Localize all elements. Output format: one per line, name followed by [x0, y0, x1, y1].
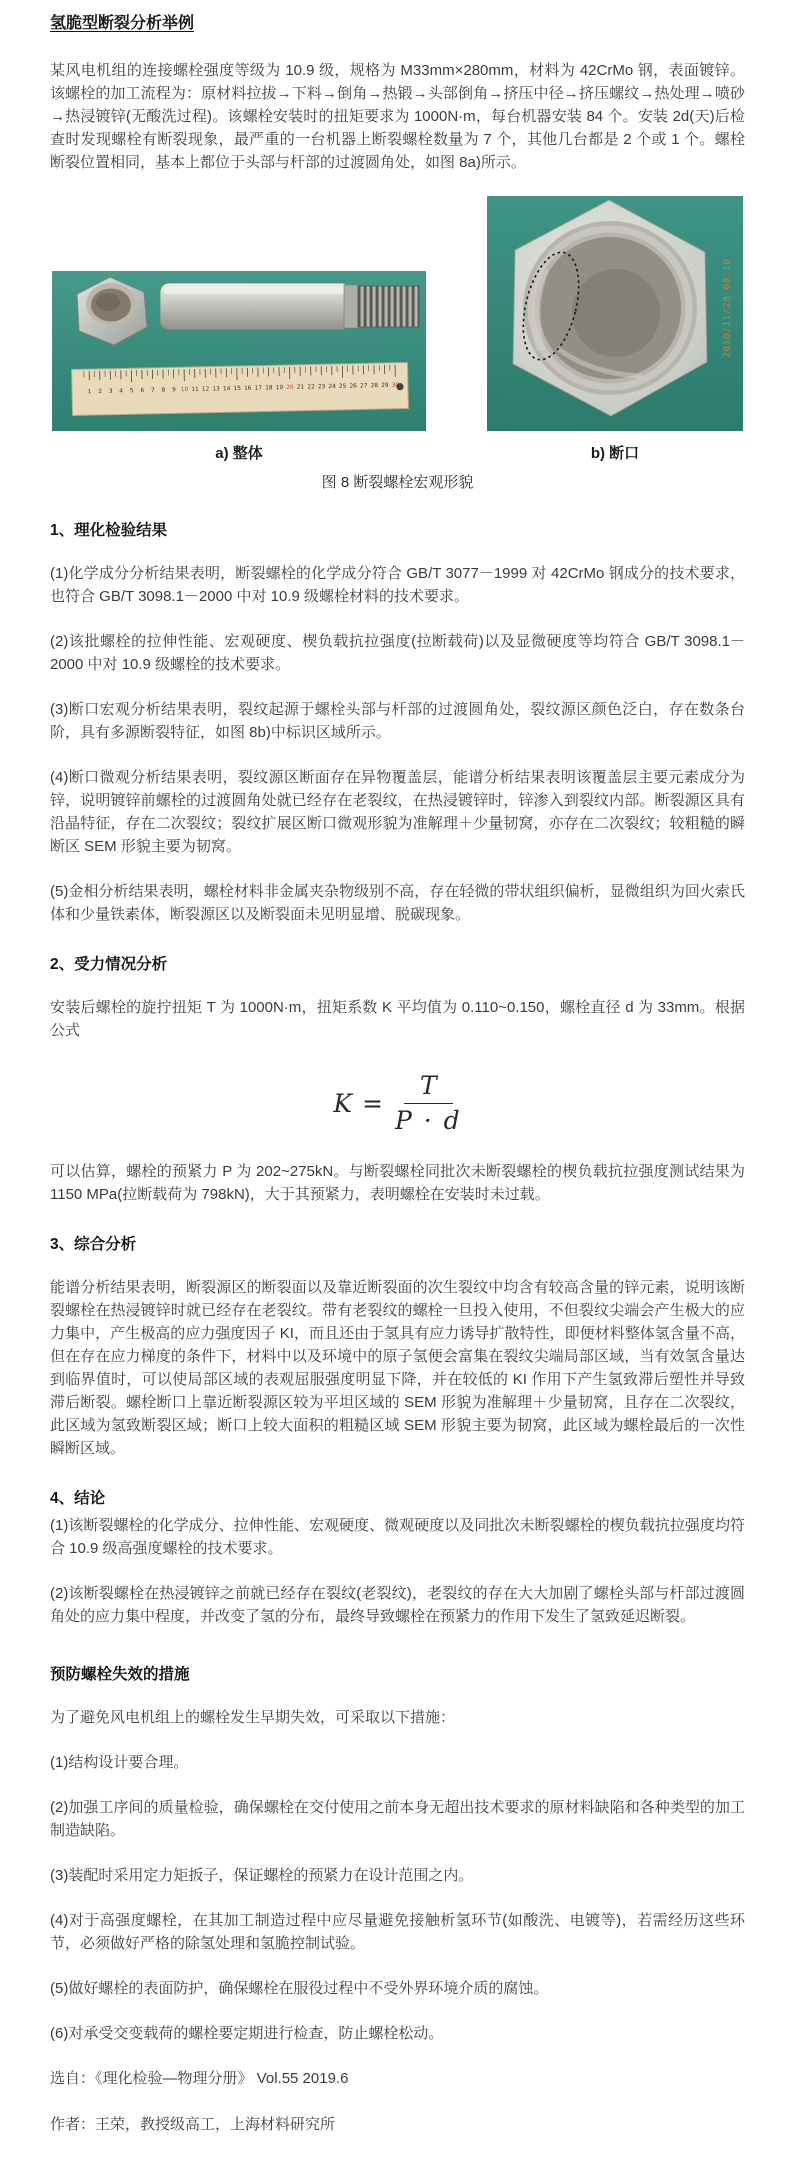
svg-text:28: 28 — [371, 383, 379, 389]
svg-text:15: 15 — [233, 386, 241, 392]
fracture-surface-area — [523, 221, 697, 395]
conclusion-item-2: (2)该断裂螺栓在热浸镀锌之前就已经存在裂纹(老裂纹)，老裂纹的存在大大加剧了螺… — [50, 1582, 745, 1628]
formula-fraction: T P · d — [395, 1072, 462, 1134]
formula-lhs: K — [333, 1089, 352, 1118]
svg-text:24: 24 — [328, 384, 336, 390]
formula-numerator: T — [404, 1072, 453, 1104]
section-heading-stress-analysis: 2、受力情况分析 — [50, 952, 745, 974]
bolt-shaft — [160, 283, 419, 330]
photo-timestamp: 2010/11/28 08:10 — [722, 258, 733, 358]
svg-text:12: 12 — [202, 387, 210, 393]
figure-8: 1234567891011121314151617181920212223242… — [50, 196, 745, 492]
figure-8a-column: 1234567891011121314151617181920212223242… — [52, 271, 426, 463]
prevention-item-5: (5)做好螺栓的表面防护，确保螺栓在服役过程中不受外界环境介质的腐蚀。 — [50, 1977, 745, 2000]
svg-text:14: 14 — [223, 386, 231, 392]
svg-text:29: 29 — [381, 383, 389, 389]
section-heading-comprehensive-analysis: 3、综合分析 — [50, 1232, 745, 1254]
result-item-4: (4)断口微观分析结果表明，裂纹源区断面存在异物覆盖层，能谱分析结果表明该覆盖层… — [50, 766, 745, 858]
ruler: 1234567891011121314151617181920212223242… — [72, 362, 409, 415]
prevention-intro: 为了避免风电机组上的螺栓发生早期失效，可采取以下措施： — [50, 1706, 745, 1729]
svg-text:3: 3 — [109, 389, 113, 395]
figure-8b-column: 2010/11/28 08:10 b) 断口 — [487, 196, 743, 463]
svg-text:7: 7 — [151, 388, 155, 394]
svg-text:9: 9 — [172, 387, 176, 393]
svg-text:10: 10 — [181, 387, 189, 393]
svg-text:16: 16 — [244, 386, 252, 392]
svg-text:23: 23 — [318, 384, 326, 390]
svg-text:13: 13 — [212, 386, 220, 392]
bolt-threads — [358, 286, 419, 327]
result-item-2: (2)该批螺栓的拉伸性能、宏观硬度、楔负载抗拉强度(拉断载荷)以及显微硬度等均符… — [50, 630, 745, 676]
svg-text:25: 25 — [339, 384, 347, 390]
section-heading-physicochemical-results: 1、理化检验结果 — [50, 518, 745, 540]
prevention-item-1: (1)结构设计要合理。 — [50, 1751, 745, 1774]
svg-text:5: 5 — [130, 388, 134, 394]
svg-text:21: 21 — [297, 385, 305, 391]
result-item-3: (3)断口宏观分析结果表明，裂纹起源于螺栓头部与杆部的过渡圆角处，裂纹源区颜色泛… — [50, 698, 745, 744]
article-title: 氢脆型断裂分析举例 — [50, 10, 745, 33]
svg-text:22: 22 — [307, 384, 315, 390]
comprehensive-analysis-paragraph: 能谱分析结果表明，断裂源区的断裂面以及靠近断裂面的次生裂纹中均含有较高含量的锌元… — [50, 1276, 745, 1460]
section-heading-prevention-measures: 预防螺栓失效的措施 — [50, 1662, 745, 1684]
svg-text:20: 20 — [286, 385, 294, 391]
caption-a: a) 整体 — [215, 442, 263, 463]
formula-torque-coefficient: K = T P · d — [50, 1072, 745, 1134]
svg-text:4: 4 — [119, 388, 123, 394]
article-page: 氢脆型断裂分析举例 某风电机组的连接螺栓强度等级为 10.9 级，规格为 M33… — [0, 0, 793, 2162]
photo-fracture-surface: 2010/11/28 08:10 — [487, 196, 743, 431]
prevention-item-4: (4)对于高强度螺栓，在其加工制造过程中应尽量避免接触析氢环节(如酸洗、电镀等)… — [50, 1909, 745, 1955]
prevention-item-6: (6)对承受交变载荷的螺栓要定期进行检查，防止螺栓松动。 — [50, 2022, 745, 2045]
svg-text:6: 6 — [140, 388, 144, 394]
photo-bolt-overall: 1234567891011121314151617181920212223242… — [52, 271, 426, 431]
formula-equals: = — [362, 1089, 383, 1118]
svg-text:11: 11 — [191, 387, 199, 393]
intro-paragraph: 某风电机组的连接螺栓强度等级为 10.9 级，规格为 M33mm×280mm，材… — [50, 59, 745, 174]
prevention-item-2: (2)加强工序间的质量检验，确保螺栓在交付使用之前本身无超出技术要求的原材料缺陷… — [50, 1796, 745, 1842]
conclusion-item-1: (1)该断裂螺栓的化学成分、拉伸性能、宏观硬度、微观硬度以及同批次未断裂螺栓的楔… — [50, 1514, 745, 1560]
svg-text:19: 19 — [276, 385, 284, 391]
svg-text:8: 8 — [162, 388, 166, 394]
svg-text:2: 2 — [98, 389, 102, 395]
result-item-1: (1)化学成分分析结果表明，断裂螺栓的化学成分符合 GB/T 3077－1999… — [50, 562, 745, 608]
svg-text:1: 1 — [88, 389, 92, 395]
stress-paragraph-1: 安装后螺栓的旋拧扭矩 T 为 1000N·m，扭矩系数 K 平均值为 0.110… — [50, 996, 745, 1042]
author-line: 作者：王荣，教授级高工，上海材料研究所 — [50, 2113, 745, 2136]
section-heading-conclusions: 4、结论 — [50, 1486, 745, 1508]
formula-denominator: P · d — [395, 1104, 462, 1135]
figure-8-photo-row: 1234567891011121314151617181920212223242… — [50, 196, 745, 463]
svg-text:27: 27 — [360, 383, 368, 389]
svg-text:17: 17 — [255, 386, 263, 392]
stress-paragraph-2: 可以估算，螺栓的预紧力 P 为 202~275kN。与断裂螺栓同批次未断裂螺栓的… — [50, 1160, 745, 1206]
svg-text:18: 18 — [265, 385, 273, 391]
figure-caption: 图 8 断裂螺栓宏观形貌 — [50, 471, 745, 492]
svg-text:26: 26 — [350, 384, 358, 390]
result-item-5: (5)金相分析结果表明，螺栓材料非金属夹杂物级别不高，存在轻微的带状组织偏析，显… — [50, 880, 745, 926]
source-line: 选自：《理化检验—物理分册》 Vol.55 2019.6 — [50, 2067, 745, 2090]
caption-b: b) 断口 — [591, 442, 639, 463]
prevention-item-3: (3)装配时采用定力矩扳子，保证螺栓的预紧力在设计范围之内。 — [50, 1864, 745, 1887]
